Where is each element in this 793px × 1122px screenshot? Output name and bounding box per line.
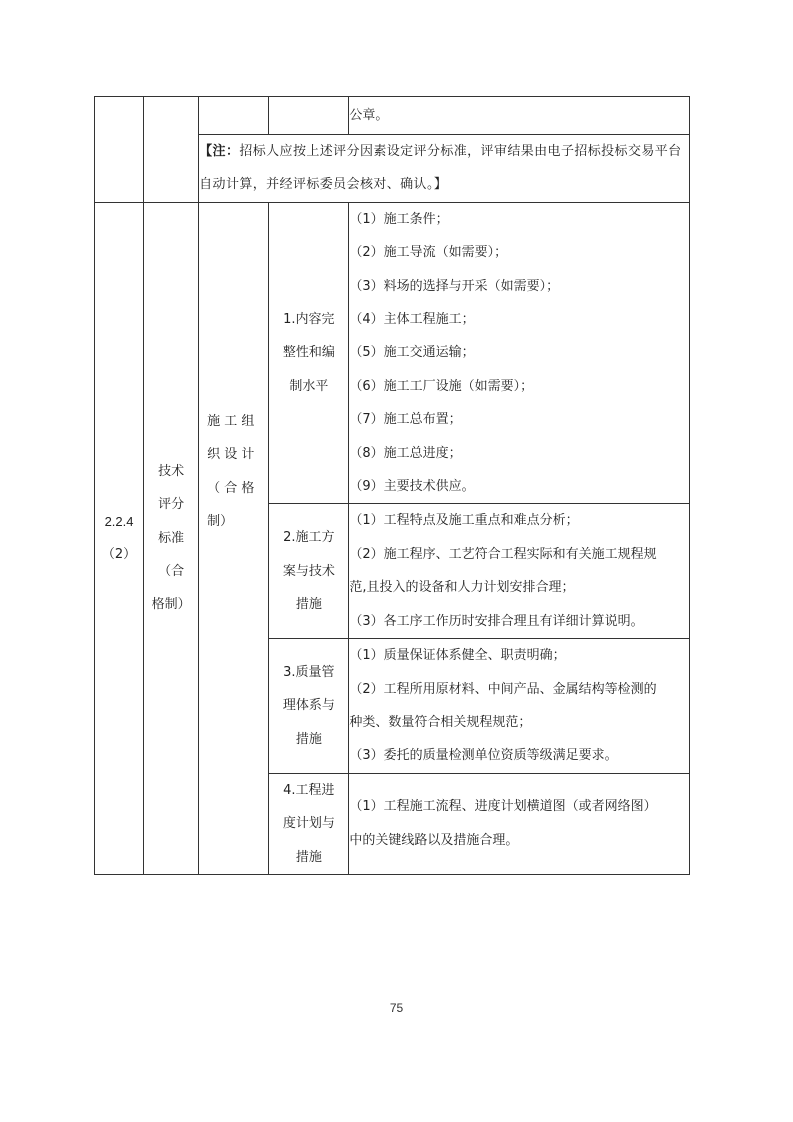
empty-category-cell [144, 97, 199, 203]
criteria-line: （7）施工总布置； [349, 403, 689, 436]
criteria-line: （9）主要技术供应。 [349, 470, 689, 503]
note-prefix: 【注： [199, 144, 239, 159]
criteria-line: （8）施工总进度； [349, 437, 689, 470]
item-name-line: 制水平 [269, 370, 348, 403]
empty-clause-cell [95, 97, 144, 203]
item-name-line: 措施 [269, 723, 348, 756]
item-criteria-cell: （1）工程特点及施工重点和难点分析； （2）施工程序、工艺符合工程实际和有关施工… [349, 504, 690, 639]
item-name-cell: 1.内容完 整性和编 制水平 [269, 202, 349, 504]
item-name-line: 措施 [269, 588, 348, 621]
category-line: 技术 [144, 455, 198, 488]
empty-factor-cell [199, 97, 269, 135]
criteria-line: （3）委托的质量检测单位资质等级满足要求。 [349, 739, 689, 772]
category-line: 格制） [144, 588, 198, 621]
criteria-line: （2）工程所用原材料、中间产品、金属结构等检测的 [349, 673, 689, 706]
scoring-table: 公章。 【注：招标人应按上述评分因素设定评分标准，评审结果由电子招标投标交易平台… [94, 96, 690, 875]
category-line: （合 [144, 555, 198, 588]
criteria-line: （1）质量保证体系健全、职责明确； [349, 639, 689, 672]
criteria-line: （2）施工程序、工艺符合工程实际和有关施工规程规 [349, 538, 689, 571]
item-name-line: 度计划与 [269, 807, 348, 840]
factor-line: 织 设 计 [207, 438, 268, 471]
note-text: 招标人应按上述评分因素设定评分标准，评审结果由电子招标投标交易平台自动计算，并经… [199, 144, 681, 192]
item-name-cell: 4.工程进 度计划与 措施 [269, 773, 349, 874]
table-row-item-1: 2.2.4 （2） 技术 评分 标准 （合 格制） 施 工 组 织 设 计 （ … [95, 202, 690, 504]
item-name-line: 整性和编 [269, 336, 348, 369]
item-name-line: 措施 [269, 841, 348, 874]
criteria-line: （1）施工条件； [349, 203, 689, 236]
criteria-line: （1）工程特点及施工重点和难点分析； [349, 504, 689, 537]
item-name-line: 3.质量管 [269, 656, 348, 689]
item-name-line: 案与技术 [269, 555, 348, 588]
empty-item-cell [269, 97, 349, 135]
criteria-line: 中的关键线路以及措施合理。 [349, 824, 689, 857]
criteria-line: 种类、数量符合相关规程规范； [349, 706, 689, 739]
criteria-line: （4）主体工程施工； [349, 303, 689, 336]
category-line: 评分 [144, 488, 198, 521]
criteria-line: （1）工程施工流程、进度计划横道图（或者网络图） [349, 790, 689, 823]
criteria-line: （3）料场的选择与开采（如需要）； [349, 270, 689, 303]
criteria-line: （3）各工序工作历时安排合理且有详细计算说明。 [349, 605, 689, 638]
item-criteria-cell: （1）工程施工流程、进度计划横道图（或者网络图） 中的关键线路以及措施合理。 [349, 773, 690, 874]
category-cell: 技术 评分 标准 （合 格制） [144, 202, 199, 874]
item-name-cell: 3.质量管 理体系与 措施 [269, 639, 349, 774]
clause-sub: （2） [95, 538, 143, 571]
item-name-line: 1.内容完 [269, 303, 348, 336]
item-criteria-cell: （1）施工条件； （2）施工导流（如需要）； （3）料场的选择与开采（如需要）；… [349, 202, 690, 504]
factor-line: 制） [207, 505, 268, 538]
factor-cell: 施 工 组 织 设 计 （ 合 格 制） [199, 202, 269, 874]
factor-line: （ 合 格 [207, 472, 268, 505]
item-name-line: 2.施工方 [269, 521, 348, 554]
item-name-line: 理体系与 [269, 689, 348, 722]
document-page: 公章。 【注：招标人应按上述评分因素设定评分标准，评审结果由电子招标投标交易平台… [0, 0, 793, 1122]
criteria-line: 范,且投入的设备和人力计划安排合理； [349, 571, 689, 604]
item-name-cell: 2.施工方 案与技术 措施 [269, 504, 349, 639]
factor-line: 施 工 组 [207, 405, 268, 438]
clause-number-cell: 2.2.4 （2） [95, 202, 144, 874]
criteria-line: （2）施工导流（如需要）； [349, 236, 689, 269]
item-criteria-cell: （1）质量保证体系健全、职责明确； （2）工程所用原材料、中间产品、金属结构等检… [349, 639, 690, 774]
clause-number: 2.2.4 [95, 505, 143, 538]
page-number: 75 [0, 1001, 793, 1015]
seal-text-cell: 公章。 [349, 97, 690, 135]
criteria-line: （6）施工工厂设施（如需要）； [349, 370, 689, 403]
category-line: 标准 [144, 522, 198, 555]
continuation-row: 公章。 [95, 97, 690, 135]
seal-text: 公章。 [349, 108, 388, 123]
item-name-line: 4.工程进 [269, 774, 348, 807]
criteria-line: （5）施工交通运输； [349, 336, 689, 369]
note-cell: 【注：招标人应按上述评分因素设定评分标准，评审结果由电子招标投标交易平台自动计算… [199, 135, 690, 203]
